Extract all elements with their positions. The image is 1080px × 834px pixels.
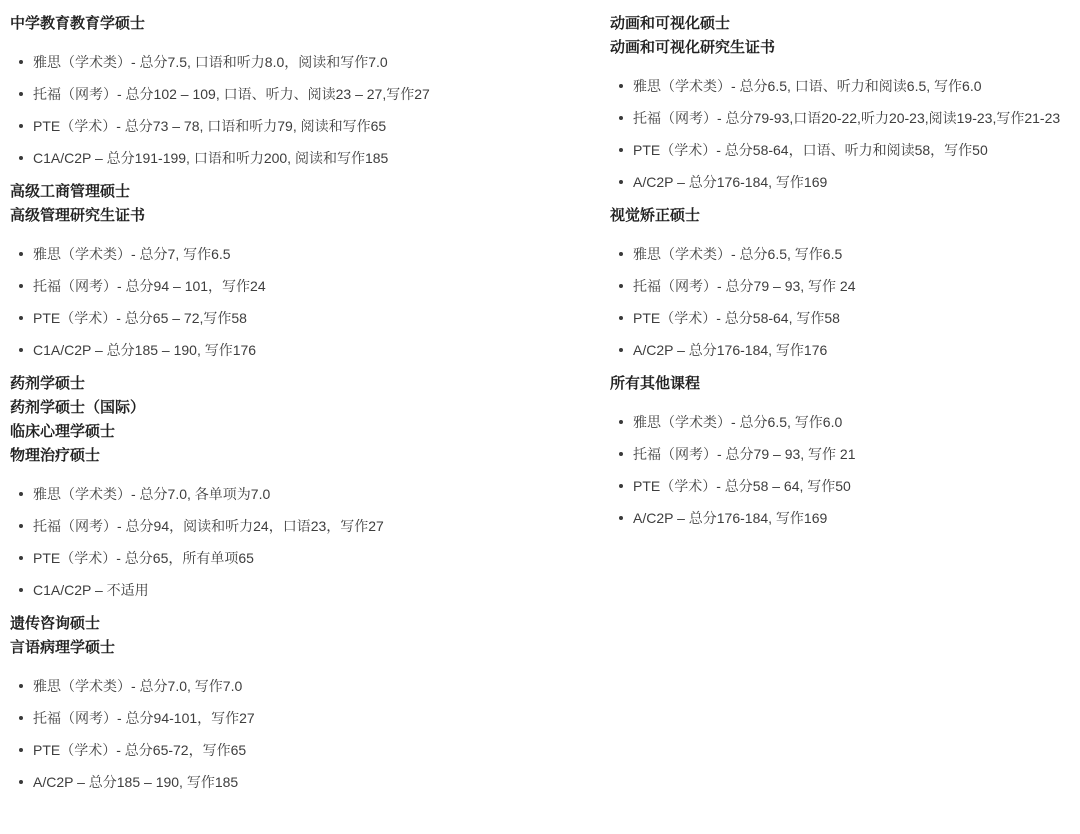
requirement-item-toefl: 托福（网考）- 总分94 – 101，写作24	[33, 276, 610, 297]
program-title: 所有其他课程	[610, 372, 1078, 396]
program-title: 高级管理研究生证书	[10, 204, 610, 228]
requirements-list: 雅思（学术类）- 总分7.0, 各单项为7.0 托福（网考）- 总分94，阅读和…	[10, 484, 610, 601]
program-title: 遗传咨询硕士	[10, 612, 610, 636]
requirements-list: 雅思（学术类）- 总分7.0, 写作7.0 托福（网考）- 总分94-101，写…	[10, 676, 610, 793]
program-section-animation: 动画和可视化硕士 动画和可视化研究生证书 雅思（学术类）- 总分6.5, 口语、…	[610, 12, 1078, 193]
program-heading: 视觉矫正硕士	[610, 204, 1078, 228]
requirement-item-toefl: 托福（网考）- 总分102 – 109, 口语、听力、阅读23 – 27,写作2…	[33, 84, 610, 105]
program-heading: 高级工商管理硕士 高级管理研究生证书	[10, 180, 610, 228]
requirement-item-pte: PTE（学术）- 总分65-72，写作65	[33, 740, 610, 761]
requirements-list: 雅思（学术类）- 总分6.5, 写作6.0 托福（网考）- 总分79 – 93,…	[610, 412, 1078, 529]
requirement-item-ielts: 雅思（学术类）- 总分7.0, 各单项为7.0	[33, 484, 610, 505]
program-title: 药剂学硕士	[10, 372, 610, 396]
program-title: 物理治疗硕士	[10, 444, 610, 468]
requirement-item-ielts: 雅思（学术类）- 总分6.5, 写作6.0	[633, 412, 1078, 433]
program-title: 临床心理学硕士	[10, 420, 610, 444]
requirement-item-a-c2p: A/C2P – 总分176-184, 写作176	[633, 340, 1078, 361]
requirement-item-ielts: 雅思（学术类）- 总分7.5, 口语和听力8.0，阅读和写作7.0	[33, 52, 610, 73]
requirement-item-toefl: 托福（网考）- 总分79 – 93, 写作 24	[633, 276, 1078, 297]
requirement-item-c1a-c2p: C1A/C2P – 总分185 – 190, 写作176	[33, 340, 610, 361]
left-column: 中学教育教育学硕士 雅思（学术类）- 总分7.5, 口语和听力8.0，阅读和写作…	[10, 12, 610, 834]
program-section-all-other-courses: 所有其他课程 雅思（学术类）- 总分6.5, 写作6.0 托福（网考）- 总分7…	[610, 372, 1078, 529]
requirement-item-ielts: 雅思（学术类）- 总分7.0, 写作7.0	[33, 676, 610, 697]
requirement-item-ielts: 雅思（学术类）- 总分7, 写作6.5	[33, 244, 610, 265]
program-title: 言语病理学硕士	[10, 636, 610, 660]
requirement-item-toefl: 托福（网考）- 总分94，阅读和听力24，口语23，写作27	[33, 516, 610, 537]
program-heading: 遗传咨询硕士 言语病理学硕士	[10, 612, 610, 660]
program-heading: 中学教育教育学硕士	[10, 12, 610, 36]
program-heading: 动画和可视化硕士 动画和可视化研究生证书	[610, 12, 1078, 60]
requirement-item-a-c2p: A/C2P – 总分185 – 190, 写作185	[33, 772, 610, 793]
program-section-orthoptics: 视觉矫正硕士 雅思（学术类）- 总分6.5, 写作6.5 托福（网考）- 总分7…	[610, 204, 1078, 361]
program-title: 药剂学硕士（国际）	[10, 396, 610, 420]
requirement-item-ielts: 雅思（学术类）- 总分6.5, 写作6.5	[633, 244, 1078, 265]
english-requirements-page: 中学教育教育学硕士 雅思（学术类）- 总分7.5, 口语和听力8.0，阅读和写作…	[0, 0, 1080, 834]
program-title: 视觉矫正硕士	[610, 204, 1078, 228]
requirement-item-pte: PTE（学术）- 总分58 – 64, 写作50	[633, 476, 1078, 497]
requirement-item-pte: PTE（学术）- 总分73 – 78, 口语和听力79, 阅读和写作65	[33, 116, 610, 137]
right-column: 动画和可视化硕士 动画和可视化研究生证书 雅思（学术类）- 总分6.5, 口语、…	[610, 12, 1080, 834]
requirement-item-toefl: 托福（网考）- 总分79-93,口语20-22,听力20-23,阅读19-23,…	[633, 108, 1078, 129]
requirement-item-ielts: 雅思（学术类）- 总分6.5, 口语、听力和阅读6.5, 写作6.0	[633, 76, 1078, 97]
requirement-item-pte: PTE（学术）- 总分58-64, 写作58	[633, 308, 1078, 329]
requirement-item-pte: PTE（学术）- 总分65，所有单项65	[33, 548, 610, 569]
program-section-pharmacy-clinical: 药剂学硕士 药剂学硕士（国际） 临床心理学硕士 物理治疗硕士 雅思（学术类）- …	[10, 372, 610, 601]
program-heading: 所有其他课程	[610, 372, 1078, 396]
requirements-list: 雅思（学术类）- 总分7.5, 口语和听力8.0，阅读和写作7.0 托福（网考）…	[10, 52, 610, 169]
program-section-emba: 高级工商管理硕士 高级管理研究生证书 雅思（学术类）- 总分7, 写作6.5 托…	[10, 180, 610, 361]
program-section-secondary-education: 中学教育教育学硕士 雅思（学术类）- 总分7.5, 口语和听力8.0，阅读和写作…	[10, 12, 610, 169]
program-heading: 药剂学硕士 药剂学硕士（国际） 临床心理学硕士 物理治疗硕士	[10, 372, 610, 468]
requirement-item-a-c2p: A/C2P – 总分176-184, 写作169	[633, 508, 1078, 529]
requirement-item-toefl: 托福（网考）- 总分94-101，写作27	[33, 708, 610, 729]
requirement-item-pte: PTE（学术）- 总分65 – 72,写作58	[33, 308, 610, 329]
requirement-item-c1a-c2p: C1A/C2P – 总分191-199, 口语和听力200, 阅读和写作185	[33, 148, 610, 169]
program-title: 动画和可视化研究生证书	[610, 36, 1078, 60]
requirement-item-c1a-c2p: C1A/C2P – 不适用	[33, 580, 610, 601]
requirement-item-pte: PTE（学术）- 总分58-64，口语、听力和阅读58，写作50	[633, 140, 1078, 161]
program-title: 中学教育教育学硕士	[10, 12, 610, 36]
requirement-item-toefl: 托福（网考）- 总分79 – 93, 写作 21	[633, 444, 1078, 465]
program-title: 动画和可视化硕士	[610, 12, 1078, 36]
requirements-list: 雅思（学术类）- 总分7, 写作6.5 托福（网考）- 总分94 – 101，写…	[10, 244, 610, 361]
requirements-list: 雅思（学术类）- 总分6.5, 写作6.5 托福（网考）- 总分79 – 93,…	[610, 244, 1078, 361]
requirement-item-a-c2p: A/C2P – 总分176-184, 写作169	[633, 172, 1078, 193]
program-section-genetic-speech: 遗传咨询硕士 言语病理学硕士 雅思（学术类）- 总分7.0, 写作7.0 托福（…	[10, 612, 610, 793]
program-title: 高级工商管理硕士	[10, 180, 610, 204]
requirements-list: 雅思（学术类）- 总分6.5, 口语、听力和阅读6.5, 写作6.0 托福（网考…	[610, 76, 1078, 193]
